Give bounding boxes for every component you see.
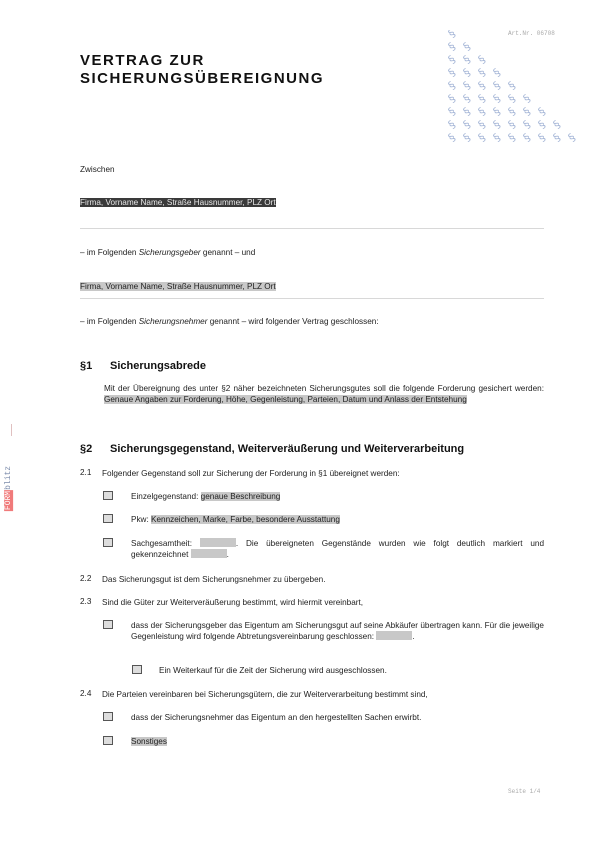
svg-text:§: § [566,131,579,144]
svg-text:§: § [476,131,489,144]
clause-number: 2.1 [80,468,91,477]
svg-text:§: § [461,79,474,92]
svg-text:§: § [521,131,534,144]
svg-text:§: § [536,105,549,118]
option-end: . [412,632,414,641]
svg-text:§: § [491,79,504,92]
svg-text:§: § [461,92,474,105]
svg-text:§: § [448,66,458,79]
party2-field-text[interactable]: Firma, Vorname Name, Straße Hausnummer, … [80,282,276,291]
checkbox-car[interactable] [103,514,113,523]
svg-text:§: § [476,79,489,92]
party2-role-prefix: – im Folgenden [80,317,139,326]
section-1-title: Sicherungsabrede [110,360,206,372]
clause-2-2-text: Das Sicherungsgut ist dem Sicherungsnehm… [102,574,325,585]
section-2-number: §2 [80,443,110,455]
party1-field[interactable]: Firma, Vorname Name, Straße Hausnummer, … [80,197,276,208]
svg-text:§: § [448,40,458,53]
svg-text:§: § [448,53,458,66]
car-details-field[interactable]: Kennzeichen, Marke, Farbe, besondere Aus… [151,515,340,524]
svg-text:§: § [506,79,519,92]
svg-text:§: § [476,53,489,66]
formblitz-logo: FORMblitz [8,424,22,534]
svg-text:§: § [491,92,504,105]
page-number: Seite 1/4 [508,788,540,795]
svg-text:§: § [551,118,564,131]
svg-text:§: § [448,131,458,144]
clause-2-3-text: Sind die Güter zur Weiterveräußerung bes… [102,597,363,608]
option-resale-excluded: Ein Weiterkauf für die Zeit der Sicherun… [159,665,387,676]
checkbox-ownership-products[interactable] [103,712,113,721]
marking-field[interactable] [191,549,227,558]
svg-text:§: § [476,66,489,79]
svg-text:§: § [536,131,549,144]
party1-role-prefix: – im Folgenden [80,248,139,257]
checkbox-resale-allowed[interactable] [103,620,113,629]
svg-text:§: § [448,105,458,118]
svg-text:§: § [461,105,474,118]
clause-number: 2.2 [80,574,91,583]
svg-text:§: § [476,105,489,118]
between-label: Zwischen [80,164,115,175]
option-single-item: Einzelgegenstand: genaue Beschreibung [131,491,280,502]
svg-text:§: § [521,105,534,118]
svg-text:§: § [506,92,519,105]
option-end: . [227,550,229,559]
svg-text:§: § [491,131,504,144]
party2-field[interactable]: Firma, Vorname Name, Straße Hausnummer, … [80,281,276,292]
svg-text:§: § [461,118,474,131]
checkbox-resale-excluded[interactable] [132,665,142,674]
title-line-2: SICHERUNGSÜBEREIGNUNG [80,70,324,88]
paragraph-symbol-pattern-icon: §§§§§§§§§§§§§§§§§§§§§§§§§§§§§§§§§§§§§§§§… [448,30,590,148]
option-car: Pkw: Kennzeichen, Marke, Farbe, besonder… [131,514,340,525]
section-1-text: Mit der Übereignung des unter §2 näher b… [104,383,544,405]
svg-text:§: § [506,131,519,144]
clause-2-4-text: Die Parteien vereinbaren bei Sicherungsg… [102,689,428,700]
option-text: dass der Sicherungsgeber das Eigentum am… [131,621,544,641]
divider [80,228,544,229]
checkbox-collection[interactable] [103,538,113,547]
svg-text:§: § [448,118,458,131]
svg-text:§: § [521,92,534,105]
single-item-description-field[interactable]: genaue Beschreibung [201,492,281,501]
svg-text:§: § [536,118,549,131]
checkbox-other[interactable] [103,736,113,745]
document-page: VERTRAG ZUR SICHERUNGSÜBEREIGNUNG Art.Nr… [0,0,600,849]
claim-details-field[interactable]: Genaue Angaben zur Forderung, Höhe, Gege… [104,395,467,404]
clause-number: 2.3 [80,597,91,606]
option-other: Sonstiges [131,736,167,747]
svg-text:§: § [461,53,474,66]
svg-text:§: § [506,105,519,118]
svg-text:§: § [551,131,564,144]
svg-text:§: § [476,118,489,131]
brand-text: FORMblitz [4,466,13,511]
party1-role: – im Folgenden Sicherungsgeber genannt –… [80,247,255,258]
document-title: VERTRAG ZUR SICHERUNGSÜBEREIGNUNG [80,52,324,88]
option-collection: Sachgesamtheit: . Die übereigneten Gegen… [131,538,544,560]
clause-2-1-text: Folgender Gegenstand soll zur Sicherung … [102,468,400,479]
svg-text:§: § [476,92,489,105]
party1-field-text[interactable]: Firma, Vorname Name, Straße Hausnummer, … [80,198,276,207]
assignment-agreement-field[interactable] [376,631,412,640]
option-resale-allowed: dass der Sicherungsgeber das Eigentum am… [131,620,544,642]
option-label: Sachgesamtheit: [131,539,200,548]
collection-field[interactable] [200,538,236,547]
party2-role-suffix: genannt – wird folgender Vertrag geschlo… [207,317,378,326]
brand-blitz: blitz [4,466,13,490]
checkbox-single-item[interactable] [103,491,113,500]
svg-text:§: § [461,131,474,144]
svg-text:§: § [461,66,474,79]
clause-number: 2.4 [80,689,91,698]
party2-role: – im Folgenden Sicherungsnehmer genannt … [80,316,379,327]
svg-text:§: § [461,40,474,53]
party2-role-term: Sicherungsnehmer [139,317,208,326]
svg-text:§: § [448,30,458,40]
party1-role-term: Sicherungsgeber [139,248,201,257]
title-line-1: VERTRAG ZUR [80,52,324,70]
section-1-heading: §1Sicherungsabrede [80,360,206,372]
section-2-heading: §2Sicherungsgegenstand, Weiterveräußerun… [80,443,464,455]
party1-role-suffix: genannt – und [201,248,256,257]
svg-text:§: § [448,79,458,92]
svg-text:§: § [491,105,504,118]
brand-line [11,424,12,436]
svg-text:§: § [506,118,519,131]
option-label: Pkw: [131,515,151,524]
option-label: Einzelgegenstand: [131,492,201,501]
section-1-body: Mit der Übereignung des unter §2 näher b… [104,384,544,393]
svg-text:§: § [491,66,504,79]
option-ownership-products: dass der Sicherungsnehmer das Eigentum a… [131,712,421,723]
svg-text:§: § [521,118,534,131]
svg-text:§: § [491,118,504,131]
svg-text:§: § [448,92,458,105]
other-field[interactable]: Sonstiges [131,737,167,746]
divider [80,298,544,299]
brand-form: FORM [4,490,13,511]
section-2-title: Sicherungsgegenstand, Weiterveräußerung … [110,443,464,455]
section-1-number: §1 [80,360,110,372]
